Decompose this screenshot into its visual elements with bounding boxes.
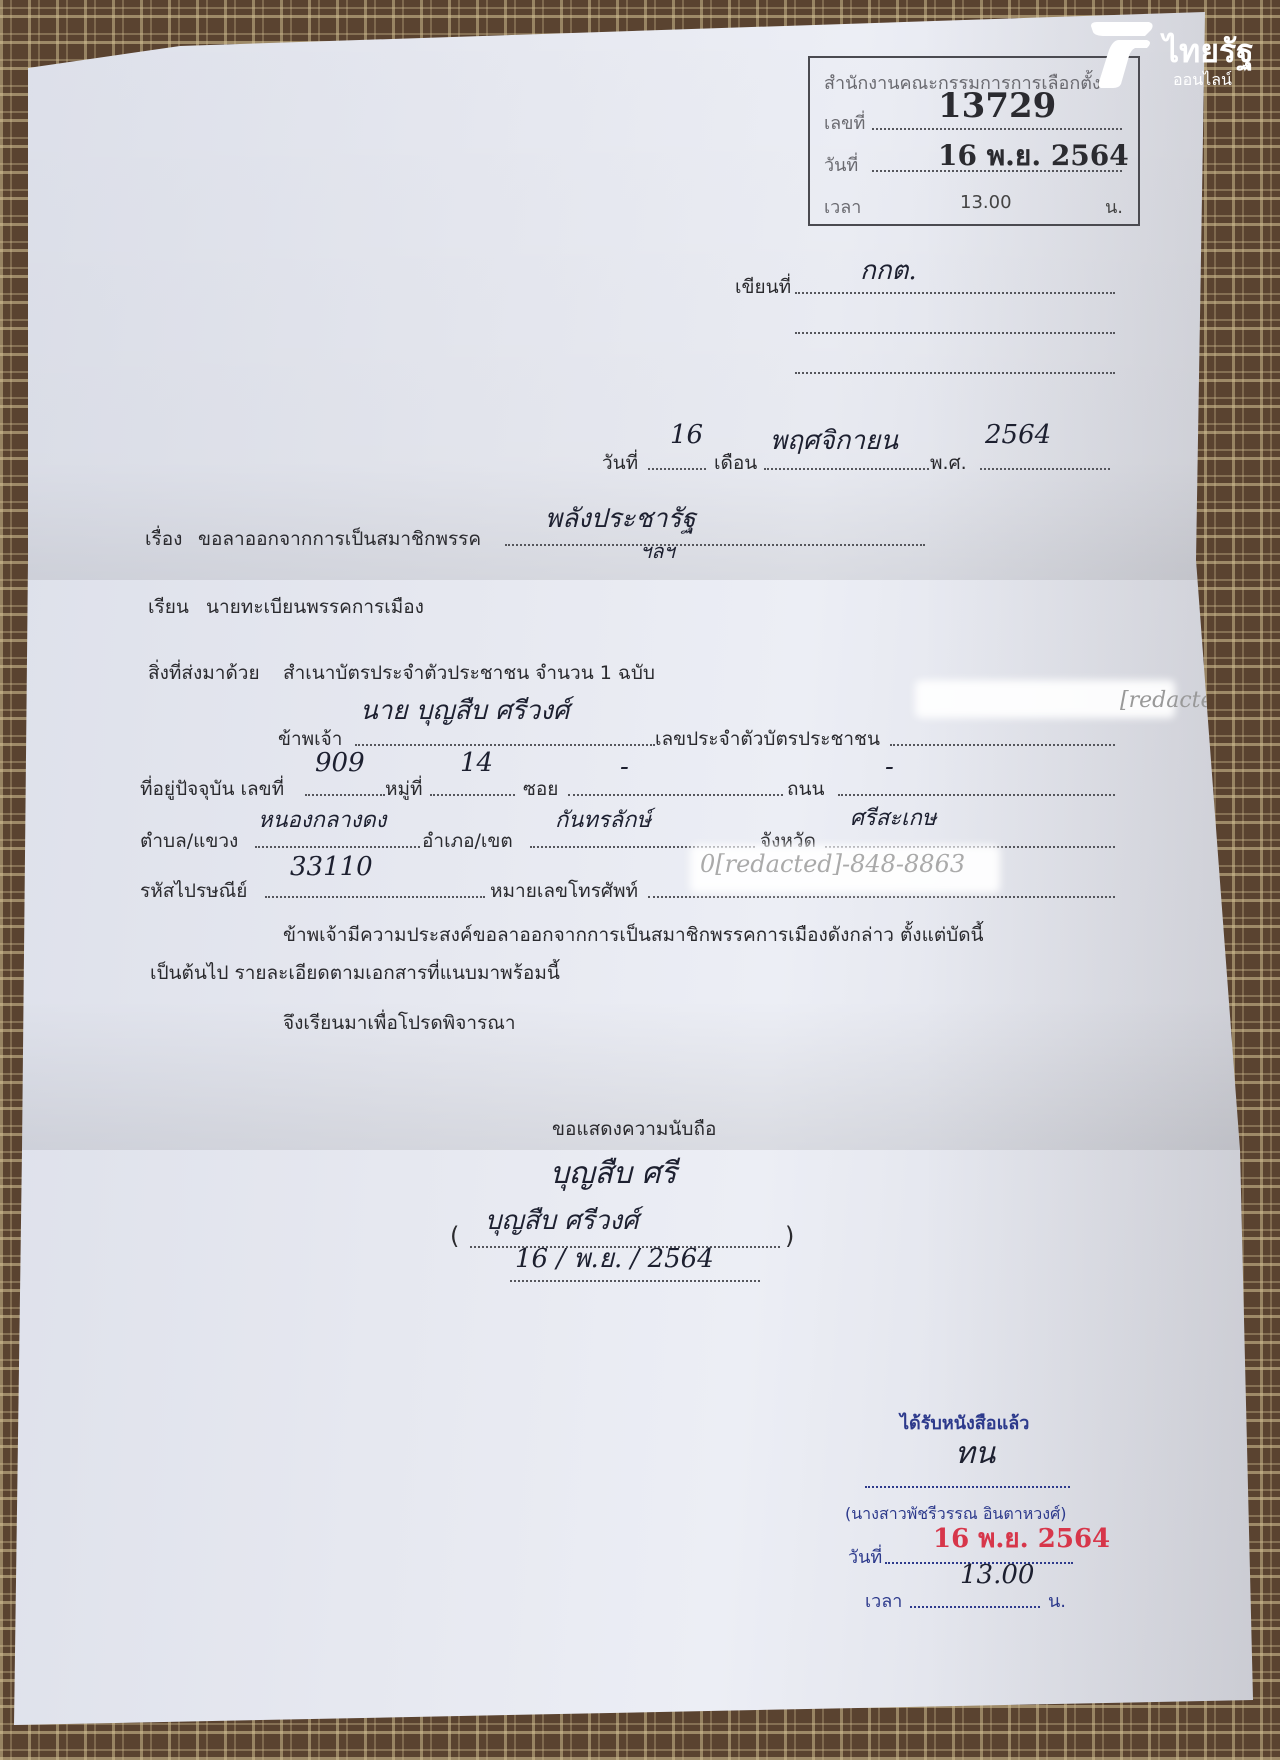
id-label: เลขประจำตัวบัตรประชาชน <box>655 724 880 754</box>
district: กันทรลักษ์ <box>555 802 651 837</box>
road-label: ถนน <box>787 774 824 804</box>
written-at-label: เขียนที่ <box>735 272 791 302</box>
date-month: พฤศจิกายน <box>770 420 898 461</box>
moo: 14 <box>460 748 493 778</box>
stamp-date: 16 พ.ย. 2564 <box>938 134 1129 178</box>
received-date-label: วันที่ <box>848 1542 882 1571</box>
subdistrict-label: ตำบล/แขวง <box>140 826 238 856</box>
applicant-id: [redacted] 86 <box>1120 688 1271 713</box>
closing-regards: ขอแสดงความนับถือ <box>552 1114 716 1144</box>
brand-sub: ออนไลน์ <box>1173 68 1232 93</box>
applicant-name: นาย บุญสืบ ศรีวงศ์ <box>360 690 569 731</box>
attachment-label: สิ่งที่ส่งมาด้วย <box>148 658 260 688</box>
district-label: อำเภอ/เขต <box>422 826 513 856</box>
signature: บุญสืบ ศรี <box>550 1150 677 1197</box>
stamp-date-label: วันที่ <box>824 150 858 179</box>
moo-label: หมู่ที่ <box>385 774 423 804</box>
soi: - <box>620 752 629 782</box>
date-day-label: วันที่ <box>602 448 638 478</box>
date-day: 16 <box>670 420 703 450</box>
stamp-number: 13729 <box>938 86 1056 126</box>
subject-text: ขอลาออกจากการเป็นสมาชิกพรรค <box>198 524 481 554</box>
date-year: 2564 <box>985 420 1051 450</box>
soi-label: ซอย <box>523 774 558 804</box>
house-no: 909 <box>315 748 365 778</box>
body-para2: จึงเรียนมาเพื่อโปรดพิจารณา <box>283 1008 516 1038</box>
subdistrict: หนองกลางดง <box>258 802 386 837</box>
body-para1: ข้าพเจ้ามีความประสงค์ขอลาออกจากการเป็นสม… <box>283 920 984 950</box>
subject-label: เรื่อง <box>145 524 182 554</box>
stamp-time: 13.00 <box>960 192 1012 213</box>
postcode-label: รหัสไปรษณีย์ <box>140 876 247 906</box>
thairath-logo: ไทยรัฐ ออนไลน์ <box>1085 22 1275 92</box>
written-at-value: กกต. <box>860 250 917 291</box>
thairath-logo-icon <box>1085 22 1155 88</box>
house-no-label: ที่อยู่ปัจจุบัน เลขที่ <box>140 774 284 804</box>
phone: 0[redacted]-848-8863 <box>700 850 965 878</box>
printed-name: บุญสืบ ศรีวงศ์ <box>485 1200 639 1241</box>
stamp-time-label: เวลา <box>824 192 861 221</box>
to-label: เรียน <box>148 592 189 622</box>
attachment-text: สำเนาบัตรประจำตัวประชาชน จำนวน 1 ฉบับ <box>283 658 655 688</box>
document-paper: สำนักงานคณะกรรมการการเลือกตั้ง เลขที่ 13… <box>0 0 1280 1760</box>
subject-party-note: ฯลฯ <box>640 535 675 567</box>
postcode: 33110 <box>290 852 373 882</box>
body-para1-cont: เป็นต้นไป รายละเอียดตามเอกสารที่แนบมาพร้… <box>150 958 560 988</box>
province: ศรีสะเกษ <box>850 800 936 835</box>
stamp-number-label: เลขที่ <box>824 108 865 137</box>
phone-label: หมายเลขโทรศัพท์ <box>490 876 638 906</box>
received-time-unit: น. <box>1048 1586 1066 1615</box>
stamp-time-unit: น. <box>1105 192 1123 221</box>
date-year-label: พ.ศ. <box>930 448 967 478</box>
close-paren: ) <box>785 1222 794 1250</box>
open-paren: ( <box>450 1222 459 1250</box>
subject-party: พลังประชารัฐ <box>545 498 696 539</box>
road: - <box>885 752 894 782</box>
received-time-label: เวลา <box>865 1586 902 1615</box>
date-month-label: เดือน <box>714 448 757 478</box>
received-time: 13.00 <box>960 1560 1034 1590</box>
to-text: นายทะเบียนพรรคการเมือง <box>206 592 424 622</box>
sign-date: 16 / พ.ย. / 2564 <box>515 1238 714 1279</box>
